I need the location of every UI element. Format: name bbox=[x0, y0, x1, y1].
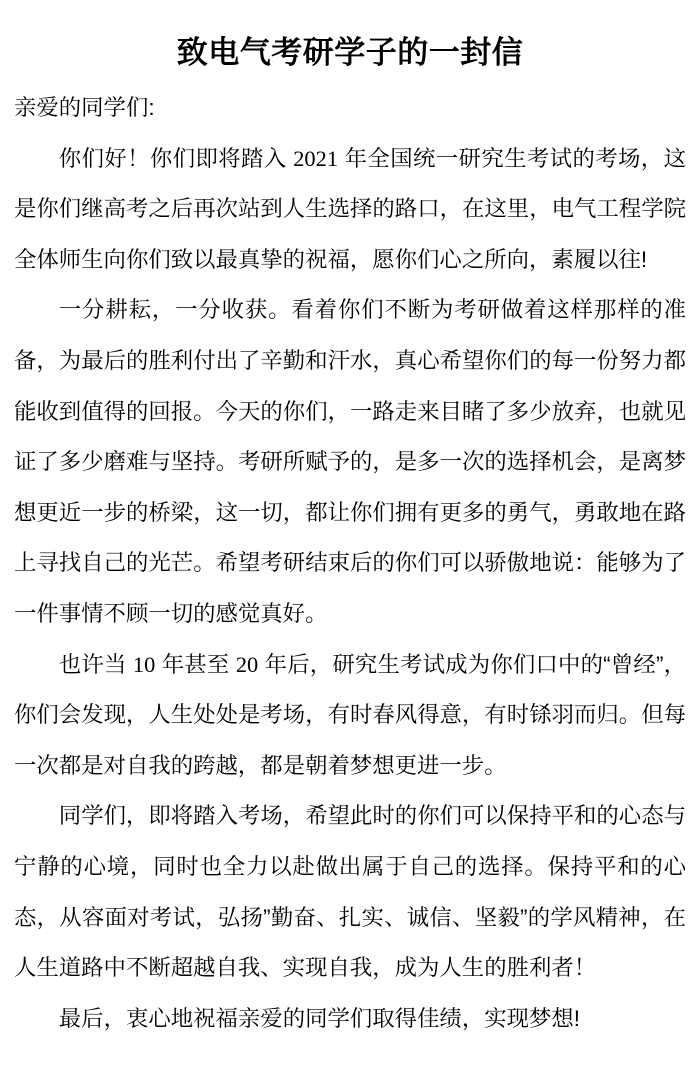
letter-page: 致电气考研学子的一封信 亲爱的同学们: 你们好！你们即将踏入 2021 年全国统… bbox=[0, 0, 700, 1077]
letter-paragraph-2: 一分耕耘，一分收获。看着你们不断为考研做着这样那样的准备，为最后的胜利付出了辛勤… bbox=[14, 285, 686, 639]
letter-body: 亲爱的同学们: 你们好！你们即将踏入 2021 年全国统一研究生考试的考场，这是… bbox=[14, 83, 686, 1044]
letter-paragraph-5: 最后，衷心地祝福亲爱的同学们取得佳绩，实现梦想! bbox=[14, 994, 686, 1045]
letter-title: 致电气考研学子的一封信 bbox=[0, 34, 700, 71]
letter-paragraph-4: 同学们，即将踏入考场，希望此时的你们可以保持平和的心态与宁静的心境，同时也全力以… bbox=[14, 791, 686, 993]
letter-paragraph-1: 你们好！你们即将踏入 2021 年全国统一研究生考试的考场，这是你们继高考之后再… bbox=[14, 134, 686, 286]
letter-paragraph-3: 也许当 10 年甚至 20 年后，研究生考试成为你们口中的“曾经”，你们会发现，… bbox=[14, 640, 686, 792]
letter-salutation: 亲爱的同学们: bbox=[14, 83, 686, 134]
